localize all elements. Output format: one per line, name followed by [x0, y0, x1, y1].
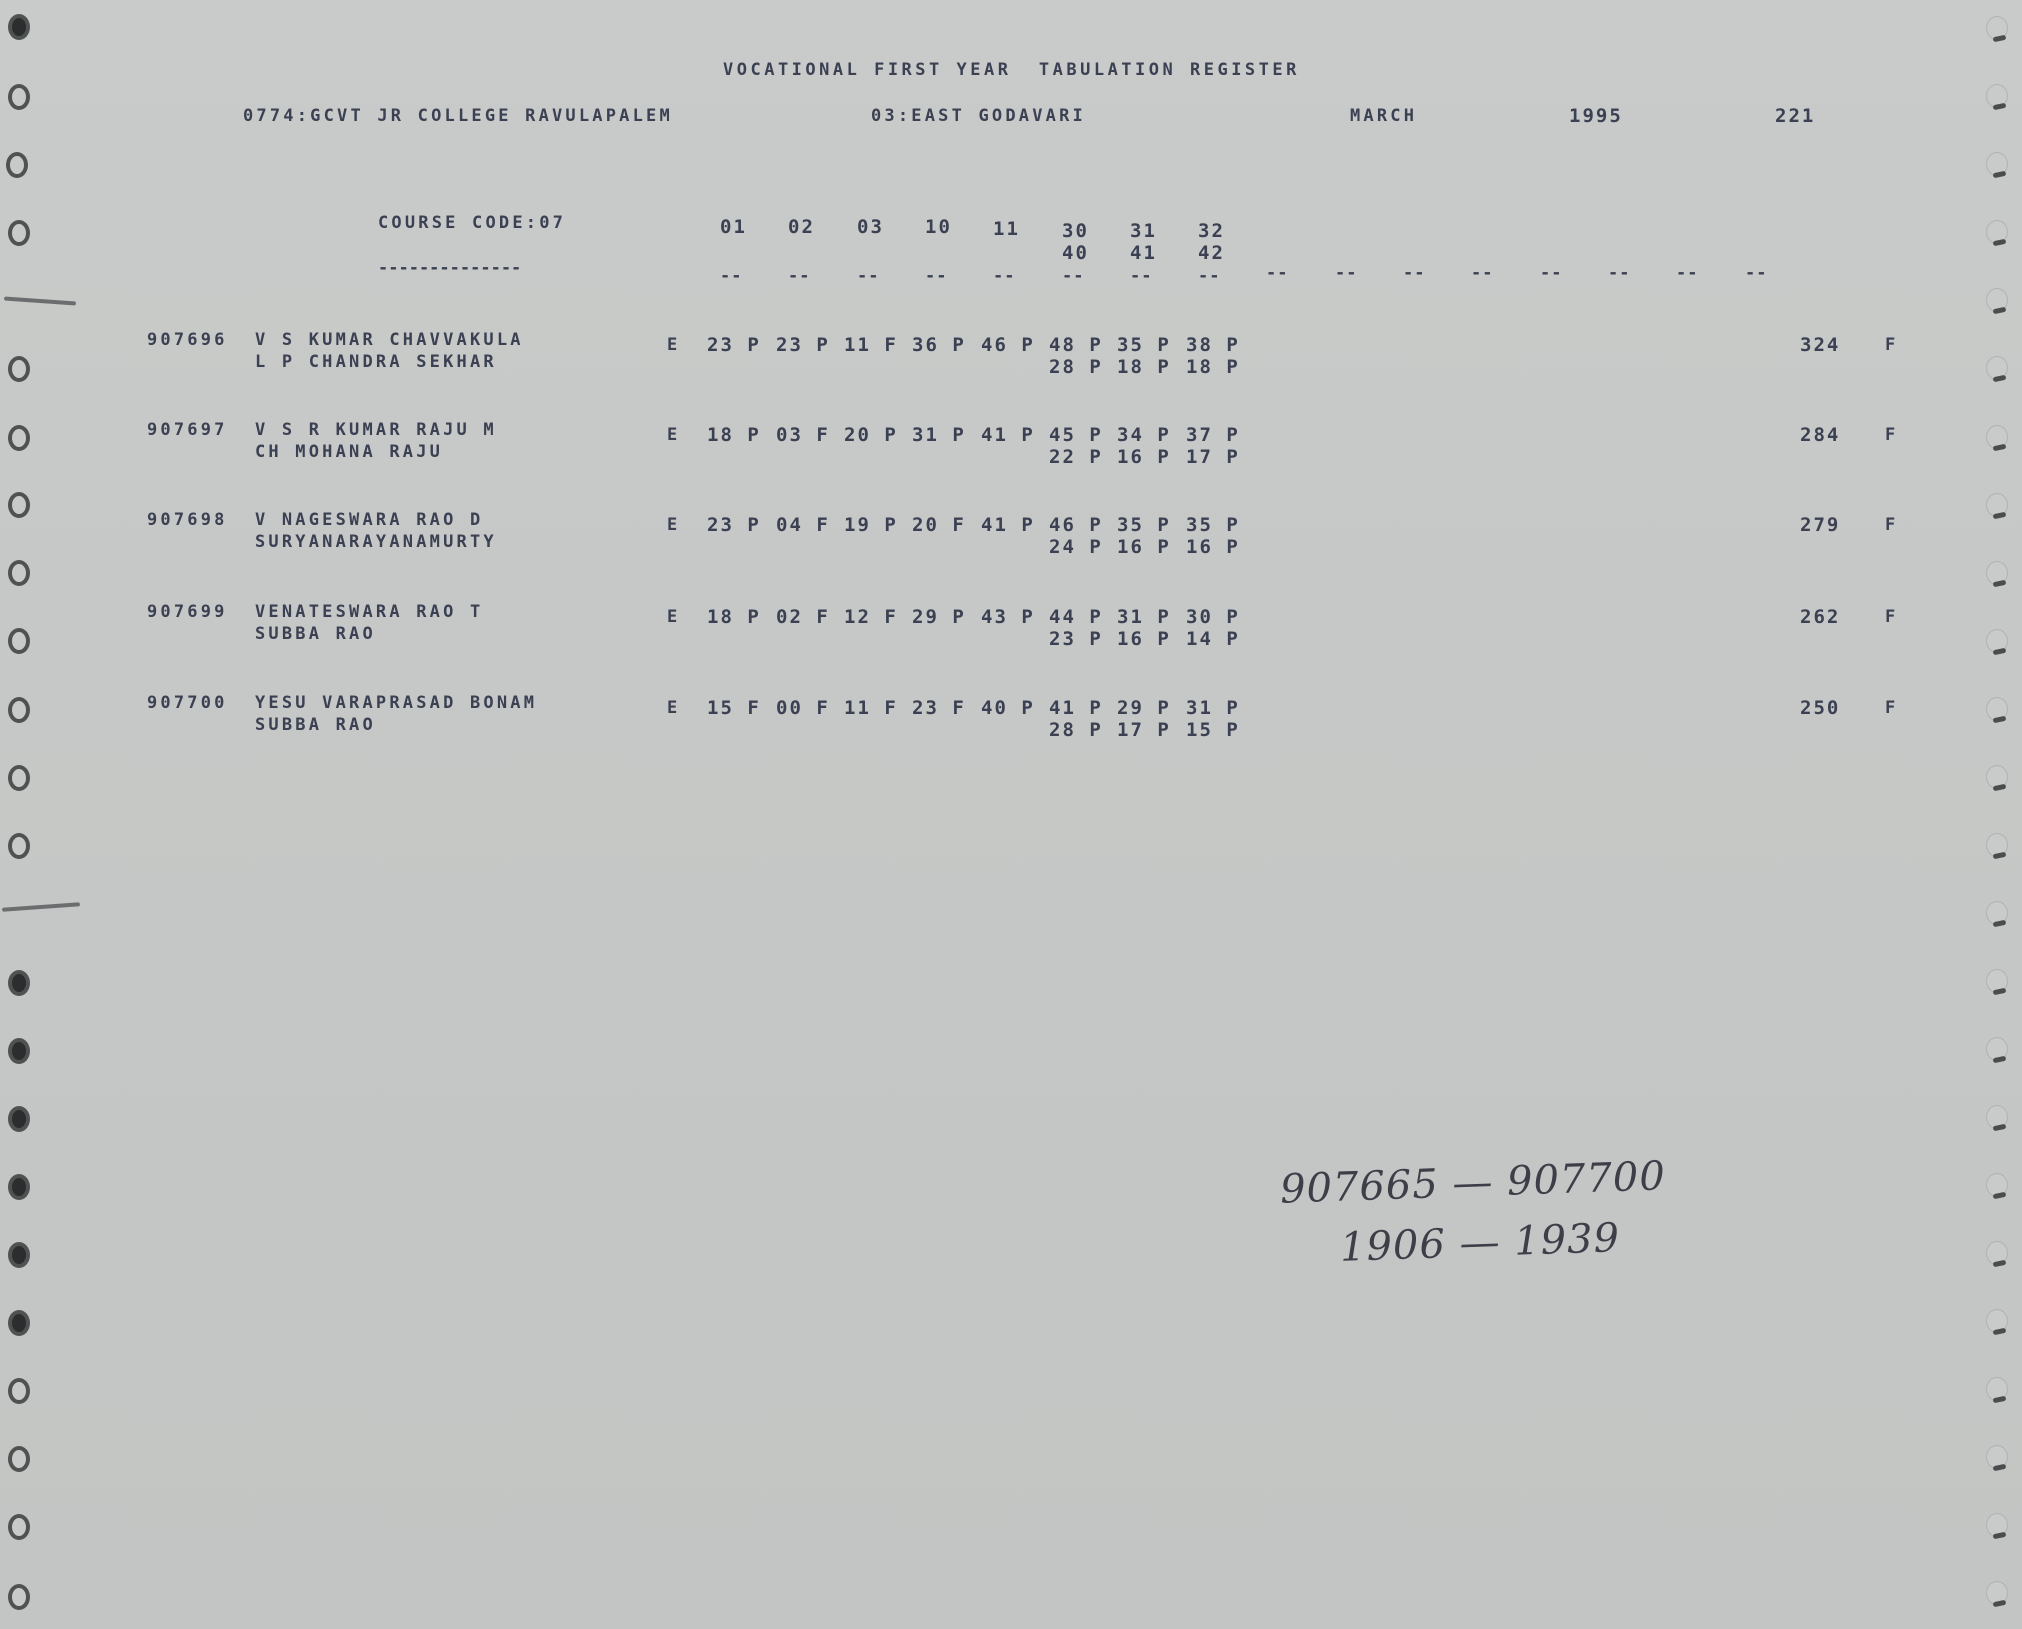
handwritten-serial-range: 1906 — 1939	[1339, 1215, 1620, 1271]
result-status: F	[1885, 425, 1898, 445]
subject-mark: 02 F	[776, 607, 830, 627]
district-name: 03:EAST GODAVARI	[871, 106, 1086, 126]
subject-mark-secondary: 22 P	[1049, 447, 1103, 467]
feed-hole	[8, 1584, 30, 1610]
student-record: 907699 VENATESWARA RAO T SUBBA RAO E 18 …	[0, 602, 2022, 662]
subject-mark: 12 F	[844, 607, 898, 627]
feed-hole	[1986, 1105, 2008, 1129]
subject-mark: 23 P	[776, 335, 830, 355]
exam-type: E	[667, 515, 680, 535]
feed-hole	[1986, 901, 2008, 925]
subject-mark: 31 P	[912, 425, 966, 445]
column-dash: --	[993, 266, 1015, 286]
subject-code: 10	[925, 216, 952, 238]
exam-month: MARCH	[1350, 106, 1417, 126]
column-dash: --	[1335, 263, 1357, 283]
subject-mark: 20 P	[844, 425, 898, 445]
total-marks: 324	[1800, 335, 1840, 355]
exam-type: E	[667, 607, 680, 627]
subject-mark: 35 P	[1117, 335, 1171, 355]
column-dash: --	[788, 266, 810, 286]
feed-hole	[1986, 16, 2008, 40]
subject-mark: 45 P	[1049, 425, 1103, 445]
result-status: F	[1885, 698, 1898, 718]
feed-hole	[6, 152, 28, 178]
student-name: V S R KUMAR RAJU M	[255, 420, 497, 440]
student-record: 907696 V S KUMAR CHAVVAKULA L P CHANDRA …	[0, 330, 2022, 390]
exam-year: 1995	[1569, 106, 1623, 126]
subject-mark: 29 P	[912, 607, 966, 627]
roll-number: 907697	[147, 420, 228, 440]
feed-hole	[1986, 1377, 2008, 1401]
subject-code: 32	[1198, 220, 1225, 242]
subject-mark: 40 P	[981, 698, 1035, 718]
subject-mark: 11 F	[844, 698, 898, 718]
student-name: V NAGESWARA RAO D	[255, 510, 483, 530]
subject-mark: 23 P	[707, 335, 761, 355]
column-dash: --	[1471, 263, 1493, 283]
feed-hole	[8, 1038, 30, 1064]
feed-hole	[8, 833, 30, 859]
subject-mark: 46 P	[1049, 515, 1103, 535]
column-dash: --	[1266, 263, 1288, 283]
column-dash: --	[1198, 266, 1220, 286]
subject-mark: 19 P	[844, 515, 898, 535]
subject-mark: 36 P	[912, 335, 966, 355]
subject-mark: 35 P	[1117, 515, 1171, 535]
feed-hole	[8, 14, 30, 40]
subject-mark: 00 F	[776, 698, 830, 718]
subject-mark-secondary: 24 P	[1049, 537, 1103, 557]
feed-hole	[1986, 765, 2008, 789]
exam-type: E	[667, 335, 680, 355]
feed-hole	[1986, 288, 2008, 312]
subject-mark: 04 F	[776, 515, 830, 535]
feed-hole	[8, 1242, 30, 1268]
subject-mark-secondary: 18 P	[1186, 357, 1240, 377]
subject-code-secondary: 42	[1198, 242, 1225, 264]
feed-hole	[1986, 1173, 2008, 1197]
subject-mark-secondary: 17 P	[1117, 720, 1171, 740]
subject-mark: 31 P	[1186, 698, 1240, 718]
student-name: VENATESWARA RAO T	[255, 602, 483, 622]
subject-code: 11	[993, 218, 1020, 240]
subject-mark: 34 P	[1117, 425, 1171, 445]
subject-mark: 41 P	[981, 515, 1035, 535]
subject-mark-secondary: 23 P	[1049, 629, 1103, 649]
subject-code: 30	[1062, 220, 1089, 242]
subject-mark: 29 P	[1117, 698, 1171, 718]
feed-hole	[1986, 1241, 2008, 1265]
result-status: F	[1885, 515, 1898, 535]
roll-number: 907698	[147, 510, 228, 530]
subject-mark-secondary: 16 P	[1117, 629, 1171, 649]
subject-code: 03	[857, 216, 884, 238]
feed-hole	[1986, 1445, 2008, 1469]
subject-mark-secondary: 18 P	[1117, 357, 1171, 377]
total-marks: 279	[1800, 515, 1840, 535]
column-dash: --	[720, 266, 742, 286]
subject-mark-secondary: 15 P	[1186, 720, 1240, 740]
subject-mark-secondary: 16 P	[1117, 537, 1171, 557]
total-marks: 262	[1800, 607, 1840, 627]
subject-mark: 48 P	[1049, 335, 1103, 355]
subject-mark: 18 P	[707, 425, 761, 445]
subject-mark: 20 F	[912, 515, 966, 535]
column-dash: --	[1062, 266, 1084, 286]
student-name: V S KUMAR CHAVVAKULA	[255, 330, 524, 350]
column-dash: --	[1540, 263, 1562, 283]
subject-mark: 44 P	[1049, 607, 1103, 627]
subject-mark: 38 P	[1186, 335, 1240, 355]
page-number: 221	[1775, 106, 1815, 126]
feed-hole	[1986, 1513, 2008, 1537]
subject-mark: 41 P	[981, 425, 1035, 445]
feed-hole	[1986, 220, 2008, 244]
roll-number: 907700	[147, 693, 228, 713]
feed-hole	[1986, 969, 2008, 993]
feed-hole	[1986, 84, 2008, 108]
feed-hole	[1986, 152, 2008, 176]
subject-mark: 15 F	[707, 698, 761, 718]
feed-hole	[8, 84, 30, 110]
result-status: F	[1885, 607, 1898, 627]
subject-mark: 46 P	[981, 335, 1035, 355]
subject-code: 31	[1130, 220, 1157, 242]
father-name: SUBBA RAO	[255, 715, 376, 735]
feed-hole	[1986, 833, 2008, 857]
subject-mark-secondary: 14 P	[1186, 629, 1240, 649]
total-marks: 284	[1800, 425, 1840, 445]
result-status: F	[1885, 335, 1898, 355]
feed-hole	[8, 1378, 30, 1404]
feed-hole	[1986, 1309, 2008, 1333]
feed-hole	[8, 1174, 30, 1200]
subject-mark: 03 F	[776, 425, 830, 445]
register-title: VOCATIONAL FIRST YEAR TABULATION REGISTE…	[723, 60, 1300, 80]
feed-hole	[8, 1106, 30, 1132]
column-dash: --	[857, 266, 879, 286]
total-marks: 250	[1800, 698, 1840, 718]
roll-number: 907696	[147, 330, 228, 350]
feed-hole	[8, 970, 30, 996]
student-record: 907698 V NAGESWARA RAO D SURYANARAYANAMU…	[0, 510, 2022, 570]
student-record: 907697 V S R KUMAR RAJU M CH MOHANA RAJU…	[0, 420, 2022, 480]
subject-code: 01	[720, 216, 747, 238]
subject-code: 02	[788, 216, 815, 238]
subject-mark-secondary: 17 P	[1186, 447, 1240, 467]
feed-hole	[8, 765, 30, 791]
column-dash: --	[1403, 263, 1425, 283]
column-dash: --	[1745, 263, 1767, 283]
subject-mark-secondary: 16 P	[1186, 537, 1240, 557]
column-dash: --	[1130, 266, 1152, 286]
subject-mark: 23 P	[707, 515, 761, 535]
subject-mark: 23 F	[912, 698, 966, 718]
feed-hole	[8, 220, 30, 246]
student-record: 907700 YESU VARAPRASAD BONAM SUBBA RAO E…	[0, 693, 2022, 753]
subject-mark: 43 P	[981, 607, 1035, 627]
subject-mark: 18 P	[707, 607, 761, 627]
subject-code-secondary: 41	[1130, 242, 1157, 264]
column-dash: --	[1676, 263, 1698, 283]
feed-hole	[8, 1514, 30, 1540]
subject-mark: 41 P	[1049, 698, 1103, 718]
subject-mark-secondary: 16 P	[1117, 447, 1171, 467]
exam-type: E	[667, 425, 680, 445]
student-name: YESU VARAPRASAD BONAM	[255, 693, 537, 713]
course-code-label: COURSE CODE:07	[378, 213, 566, 233]
father-name: L P CHANDRA SEKHAR	[255, 352, 497, 372]
course-code-underline: --------------	[378, 258, 521, 278]
college-name: 0774:GCVT JR COLLEGE RAVULAPALEM	[243, 106, 673, 126]
subject-mark: 31 P	[1117, 607, 1171, 627]
father-name: CH MOHANA RAJU	[255, 442, 443, 462]
father-name: SURYANARAYANAMURTY	[255, 532, 497, 552]
subject-mark: 35 P	[1186, 515, 1240, 535]
feed-hole	[8, 1446, 30, 1472]
feed-hole	[8, 1310, 30, 1336]
roll-number: 907699	[147, 602, 228, 622]
feed-hole	[1986, 1037, 2008, 1061]
subject-mark: 37 P	[1186, 425, 1240, 445]
subject-mark: 30 P	[1186, 607, 1240, 627]
subject-mark-secondary: 28 P	[1049, 720, 1103, 740]
father-name: SUBBA RAO	[255, 624, 376, 644]
subject-mark-secondary: 28 P	[1049, 357, 1103, 377]
column-dash: --	[925, 266, 947, 286]
subject-code-secondary: 40	[1062, 242, 1089, 264]
subject-mark: 11 F	[844, 335, 898, 355]
column-dash: --	[1608, 263, 1630, 283]
feed-hole	[1986, 1581, 2008, 1605]
printout-page	[0, 0, 2022, 1629]
exam-type: E	[667, 698, 680, 718]
